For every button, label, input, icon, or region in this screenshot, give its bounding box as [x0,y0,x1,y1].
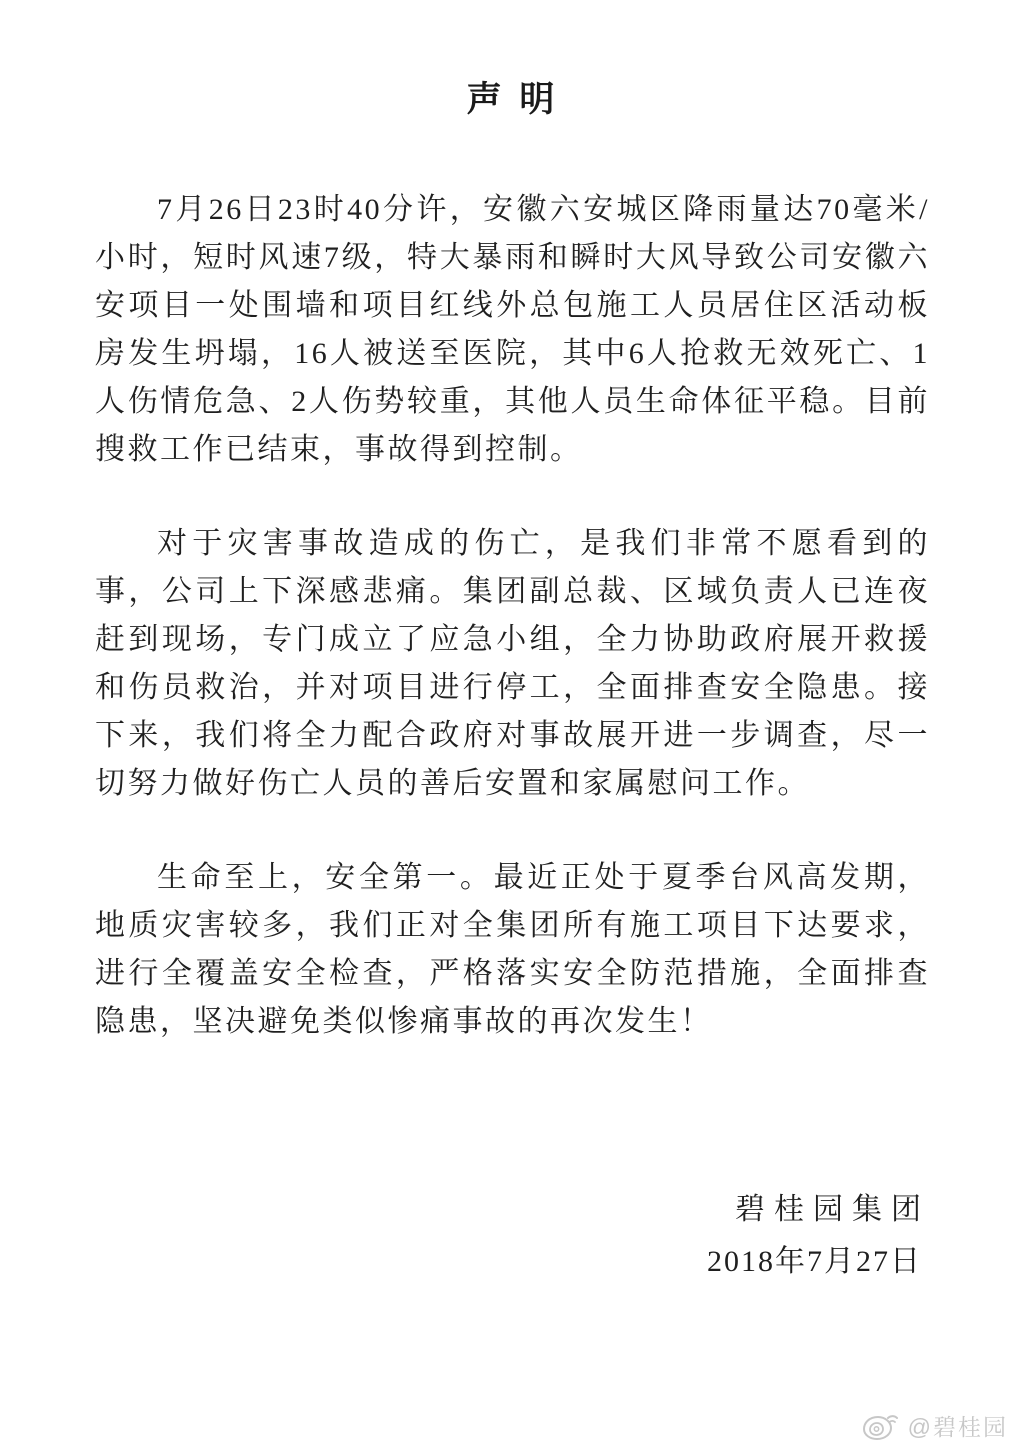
paragraph-response: 对于灾害事故造成的伤亡，是我们非常不愿看到的事，公司上下深感悲痛。集团副总裁、区… [95,520,930,808]
paragraph-safety-pledge: 生命至上，安全第一。最近正处于夏季台风高发期，地质灾害较多，我们正对全集团所有施… [95,854,930,1046]
signature-block: 碧桂园集团 2018年7月27日 [95,1188,930,1284]
weibo-eye-icon [861,1408,901,1442]
weibo-watermark: @碧桂园 [861,1408,1008,1442]
statement-document: 声 明 7月26日23时40分许，安徽六安城区降雨量达70毫米/小时，短时风速7… [0,0,1024,1450]
company-name: 碧桂园集团 [95,1188,930,1232]
watermark-text: @碧桂园 [908,1409,1008,1442]
document-title: 声 明 [95,80,930,120]
paragraph-incident: 7月26日23时40分许，安徽六安城区降雨量达70毫米/小时，短时风速7级，特大… [95,186,930,474]
document-date: 2018年7月27日 [95,1240,930,1284]
